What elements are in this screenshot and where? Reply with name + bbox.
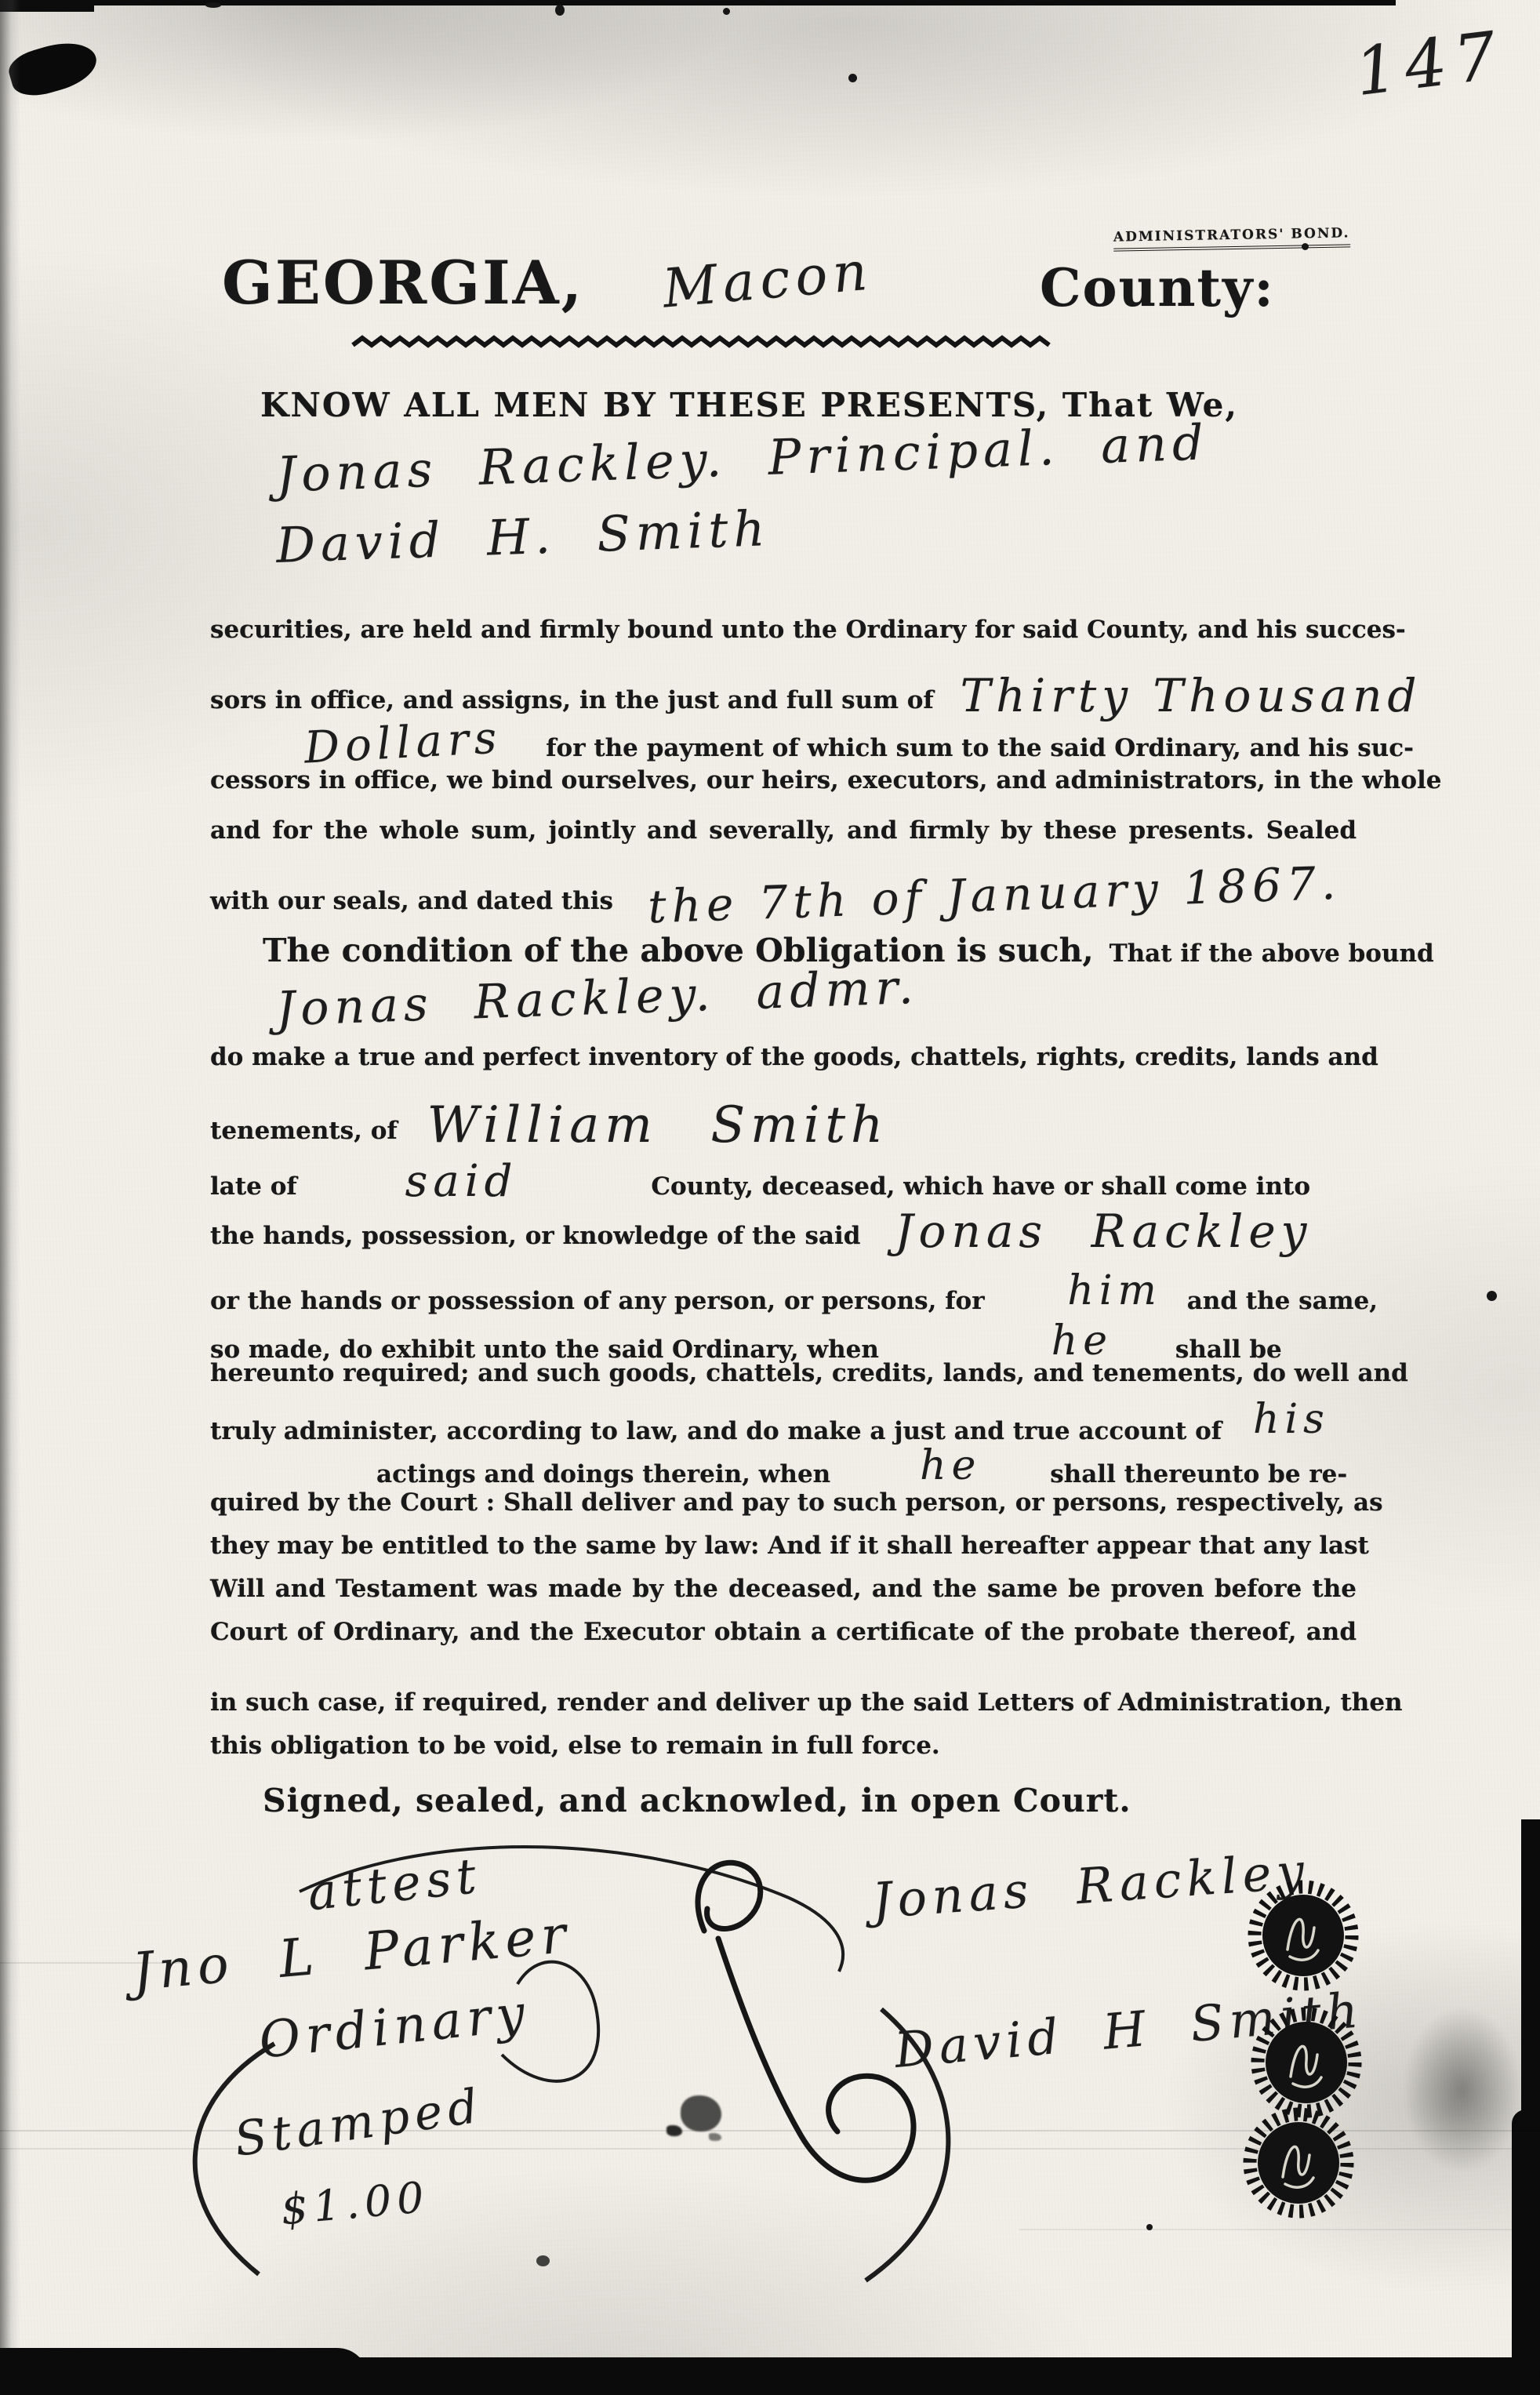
dust-speck bbox=[205, 2, 221, 8]
condition-line2: tenements, of bbox=[210, 1117, 398, 1145]
dust-speck bbox=[848, 74, 857, 82]
form-type-stamp: ADMINISTRATORS' BOND. bbox=[1113, 225, 1350, 251]
security-signature: David H Smith bbox=[892, 1981, 1366, 2079]
condition-line12: Will and Testament was made by the decea… bbox=[210, 1575, 1357, 1603]
bond-paragraph-line3: for the payment of which sum to the said… bbox=[546, 734, 1414, 762]
condition-line9a: actings and doings therein, when bbox=[376, 1460, 830, 1488]
zigzag-divider bbox=[353, 338, 1049, 345]
condition-heading-rest: That if the above bound bbox=[1110, 939, 1434, 968]
condition-line3a: late of bbox=[210, 1172, 297, 1201]
scan-streak bbox=[1019, 2229, 1540, 2230]
dust-speck bbox=[536, 2255, 550, 2266]
state-title: GEORGIA, bbox=[222, 248, 584, 318]
dust-speck bbox=[1146, 2224, 1153, 2230]
condition-line3b: County, deceased, which have or shall co… bbox=[651, 1172, 1310, 1201]
pronoun-he2-handwritten: he bbox=[920, 1442, 981, 1489]
officer-title-handwritten: Ordinary bbox=[256, 1984, 532, 2070]
pronoun-his-handwritten: his bbox=[1253, 1396, 1330, 1443]
condition-line1: do make a true and perfect inventory of … bbox=[210, 1043, 1357, 1071]
attest-handwritten: attest bbox=[305, 1847, 485, 1922]
principal-names-handwritten-line1: Jonas Rackley. Principal. and bbox=[275, 413, 1210, 503]
condition-line13: Court of Ordinary, and the Executor obta… bbox=[210, 1618, 1357, 1646]
pronoun-he-handwritten: he bbox=[1051, 1317, 1113, 1365]
pronoun-him-handwritten: him bbox=[1067, 1267, 1161, 1314]
closing-line: Signed, sealed, and acknowled, in open C… bbox=[263, 1782, 1131, 1819]
condition-line10: quired by the Court : Shall deliver and … bbox=[210, 1488, 1357, 1517]
condition-line15: this obligation to be void, else to rema… bbox=[210, 1732, 940, 1760]
stamp-note-word: Stamped bbox=[231, 2078, 487, 2168]
stamp-note-amount: $1.00 bbox=[279, 2172, 431, 2234]
county-label: County: bbox=[1040, 257, 1275, 318]
county-name-handwritten: Macon bbox=[660, 240, 875, 320]
principal-names-handwritten-line2: David H. Smith bbox=[275, 500, 772, 574]
condition-line5a: or the hands or possession of any person… bbox=[210, 1287, 985, 1315]
dust-speck bbox=[555, 5, 565, 16]
bond-paragraph-line2: sors in office, and assigns, in the just… bbox=[210, 686, 934, 714]
condition-line14: in such case, if required, render and de… bbox=[210, 1688, 1357, 1717]
scan-streak bbox=[0, 2148, 1540, 2150]
scan-edge-bottom-left bbox=[0, 2348, 369, 2395]
principal-signature: Jonas Rackley bbox=[870, 1842, 1311, 1930]
bond-sum-handwritten: Thirty Thousand bbox=[961, 669, 1422, 722]
bound-party-handwritten: Jonas Rackley. admr. bbox=[275, 960, 920, 1038]
scan-streak bbox=[0, 2130, 1540, 2132]
bond-paragraph-line1: securities, are held and firmly bound un… bbox=[210, 616, 1357, 644]
condition-heading-bold: The condition of the above Obligation is… bbox=[263, 932, 1094, 969]
dust-speck bbox=[723, 8, 730, 15]
administrator-name-handwritten: Jonas Rackley bbox=[895, 1205, 1312, 1258]
bond-dollars-handwritten: Dollars bbox=[303, 712, 503, 773]
page-number: 147 bbox=[1351, 16, 1509, 111]
condition-line8: truly administer, according to law, and … bbox=[210, 1417, 1222, 1445]
bond-paragraph-line4: cessors in office, we bind ourselves, ou… bbox=[210, 766, 1357, 794]
bond-date-handwritten: the 7th of January 1867. bbox=[647, 856, 1342, 934]
condition-line5b: and the same, bbox=[1187, 1287, 1378, 1315]
late-of-handwritten: said bbox=[405, 1156, 518, 1207]
condition-line7: hereunto required; and such goods, chatt… bbox=[210, 1359, 1357, 1387]
condition-line4: the hands, possession, or knowledge of t… bbox=[210, 1222, 860, 1250]
deceased-name-handwritten: William Smith bbox=[427, 1096, 889, 1154]
condition-line11: they may be entitled to the same by law:… bbox=[210, 1532, 1357, 1560]
ink-blot bbox=[681, 2095, 721, 2132]
condition-line9b: shall thereunto be re- bbox=[1050, 1460, 1347, 1488]
scan-edge-left bbox=[0, 0, 20, 2395]
bond-paragraph-line5: and for the whole sum, jointly and sever… bbox=[210, 816, 1357, 845]
bond-paragraph-line6: with our seals, and dated this bbox=[210, 887, 613, 915]
wax-seal-3 bbox=[1250, 2114, 1347, 2211]
scanned-bond-document: 147 ADMINISTRATORS' BOND. GEORGIA, Macon… bbox=[0, 0, 1540, 2395]
dust-speck bbox=[1487, 1291, 1497, 1301]
scan-smudge bbox=[1404, 2008, 1521, 2172]
